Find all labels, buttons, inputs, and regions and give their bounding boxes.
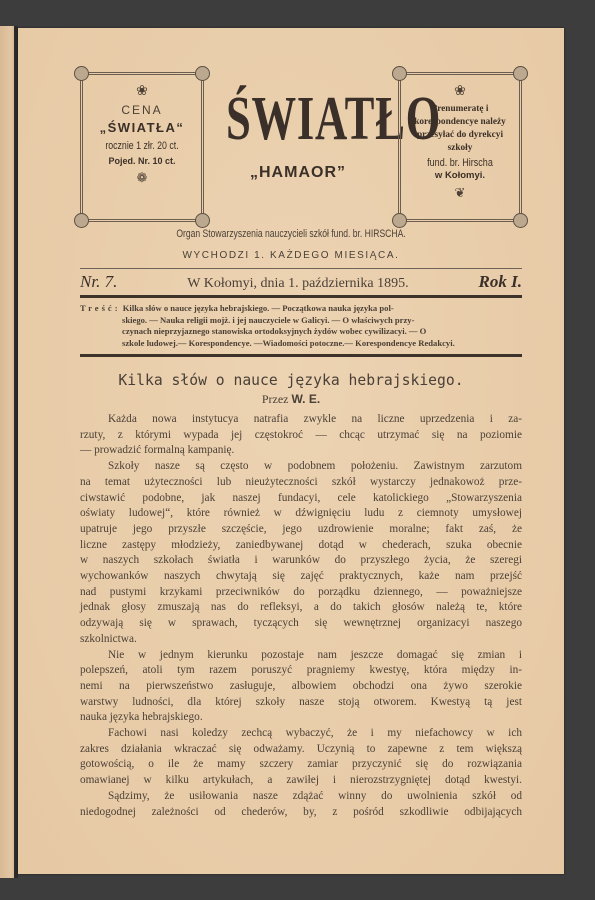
text-line: nauka języka hebrajskiego.	[80, 710, 522, 726]
byline-prefix: Przez	[262, 392, 289, 406]
article-body: Każda nowa instytucya natrafia zwykle na…	[80, 412, 522, 820]
text-line: w naszych szkołach światła i warunków do…	[80, 553, 522, 569]
flower-ornament-icon: ❀	[83, 85, 201, 99]
text-line: Fachowi nasi koledzy zechcą wybaczyć, że…	[80, 726, 522, 742]
text-line: Nie w jednym kierunku pozostaje nam jesz…	[80, 648, 522, 664]
subscription-box: ❀ Prenumeratę i korespondencye należy pr…	[398, 72, 522, 222]
text-line: Szkoły nasze są często w podobnem położe…	[80, 459, 522, 475]
text-line: gotowością, o ile że mamy szczery zamiar…	[80, 757, 522, 773]
frequency-line: WYCHODZI 1. KAŻDEGO MIESIĄCA.	[18, 250, 564, 261]
divider	[80, 268, 522, 269]
leaf-ornament-icon: ❦	[401, 185, 519, 201]
subscription-place: w Kołomyi.	[401, 170, 519, 181]
newspaper-subtitle: „HAMAOR”	[198, 164, 398, 182]
masthead: ŚWIATŁO „HAMAOR”	[198, 76, 398, 182]
text-line: odzywają się w sprawach, tyczących się w…	[80, 616, 522, 632]
text-line: na temat użyteczności lub nieużytecznośc…	[80, 475, 522, 491]
text-line: nemi na pierwszeństwo zasługuje, albowie…	[80, 679, 522, 695]
text-line: niedogodnej zależności od chederów, by, …	[80, 805, 522, 821]
yearly-price: rocznie 1 złr. 20 ct.	[95, 140, 189, 152]
text-line: ciwstawić podobne, jak naszej fundacyi, …	[80, 491, 522, 507]
text-line: nad pustymi krzykami przeciwników do por…	[80, 585, 522, 601]
price-paper-name: „ŚWIATŁA“	[83, 120, 201, 135]
corner-ornament-icon	[74, 66, 89, 81]
contents-line: Treść: Kilka słów o nauce języka hebrajs…	[80, 303, 522, 315]
price-label: CENA	[83, 103, 201, 117]
contents-line: szkole ludowej.— Korespondencye. —Wiadom…	[80, 338, 522, 350]
organ-line: Organ Stowarzyszenia nauczycieli szkół f…	[78, 228, 504, 240]
contents-label: Treść:	[80, 303, 121, 313]
subscription-fund: fund. br. Hirscha	[412, 157, 509, 169]
text-line: Każda nowa instytucya natrafia zwykle na…	[80, 412, 522, 428]
text-line: liczne zastępy młodzieży, zaniedbywanej …	[80, 538, 522, 554]
text-line: oświaty ludowej“, które również w dźwign…	[80, 506, 522, 522]
single-issue-price: Pojed. Nr. 10 ct.	[83, 156, 201, 166]
article-author: W. E.	[291, 392, 320, 406]
flower-ornament-icon: ❁	[83, 170, 201, 186]
text-line: Sądzimy, że usiłowania nasze zdążać winn…	[80, 789, 522, 805]
flower-ornament-icon: ❀	[401, 85, 519, 99]
text-line: wychowanków naszych chwytają się zajęć p…	[80, 569, 522, 585]
corner-ornament-icon	[74, 213, 89, 228]
newspaper-title: ŚWIATŁO	[226, 84, 370, 154]
article-title: Kilka słów o nauce języka hebrajskiego.	[23, 371, 558, 389]
text-line: jednak głosy zmuszają nas do refleksyi, …	[80, 600, 522, 616]
contents-line: skiego. — Nauka religii mojż. i jej nauc…	[80, 315, 522, 327]
text-line: warstwy ludności, dla której szkoły nasz…	[80, 695, 522, 711]
corner-ornament-icon	[513, 66, 528, 81]
corner-ornament-icon	[392, 66, 407, 81]
corner-ornament-icon	[392, 213, 407, 228]
subscription-text: Prenumeratę i korespondencye należy prze…	[401, 103, 519, 155]
issue-number: Nr. 7.	[80, 272, 117, 292]
text-line: szkolnictwa.	[80, 632, 522, 648]
text-line: — prowadzić formalną kampanię.	[80, 443, 522, 459]
text-line: upatruje jego przyszłe szczęście, jego u…	[80, 522, 522, 538]
text-line: omawianej w kilku artykułach, a zawiłej …	[80, 773, 522, 789]
issue-line: Nr. 7. W Kołomyi, dnia 1. października 1…	[80, 272, 522, 292]
divider	[80, 295, 522, 298]
corner-ornament-icon	[513, 213, 528, 228]
issue-year: Rok I.	[479, 272, 522, 292]
divider	[80, 354, 522, 357]
article-byline: Przez W. E.	[18, 392, 564, 407]
corner-ornament-icon	[195, 213, 210, 228]
table-of-contents: Treść: Kilka słów o nauce języka hebrajs…	[80, 303, 522, 349]
contents-line: czynach nieprzyjaznego stanowiska ortodo…	[80, 326, 522, 338]
text-line: rzuty, z którymi wypada jej częstokroć —…	[80, 428, 522, 444]
newspaper-page: ❀ CENA „ŚWIATŁA“ rocznie 1 złr. 20 ct. P…	[18, 28, 564, 874]
text-line: zakres działania wkraczać się odważamy. …	[80, 742, 522, 758]
price-box: ❀ CENA „ŚWIATŁA“ rocznie 1 złr. 20 ct. P…	[80, 72, 204, 222]
issue-date: W Kołomyi, dnia 1. października 1895.	[187, 276, 408, 292]
text-line: polepszeń, atoli tym razem poruszyć prag…	[80, 663, 522, 679]
